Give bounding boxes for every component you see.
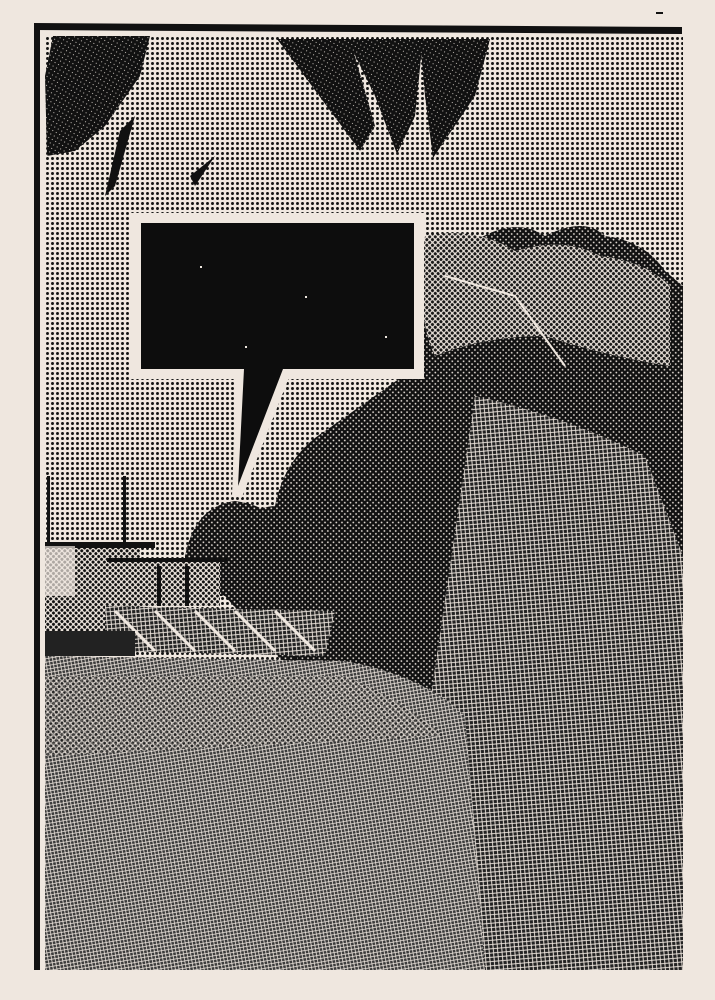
speck bbox=[245, 346, 247, 348]
speck bbox=[200, 266, 202, 268]
frame-left-border bbox=[34, 25, 40, 970]
speck bbox=[385, 336, 387, 338]
halftone-photo bbox=[45, 36, 683, 970]
speck bbox=[305, 296, 307, 298]
margin-mark bbox=[656, 12, 663, 14]
frame-top-border bbox=[34, 23, 682, 34]
pole-right bbox=[123, 476, 126, 546]
zine-page bbox=[0, 0, 715, 1000]
